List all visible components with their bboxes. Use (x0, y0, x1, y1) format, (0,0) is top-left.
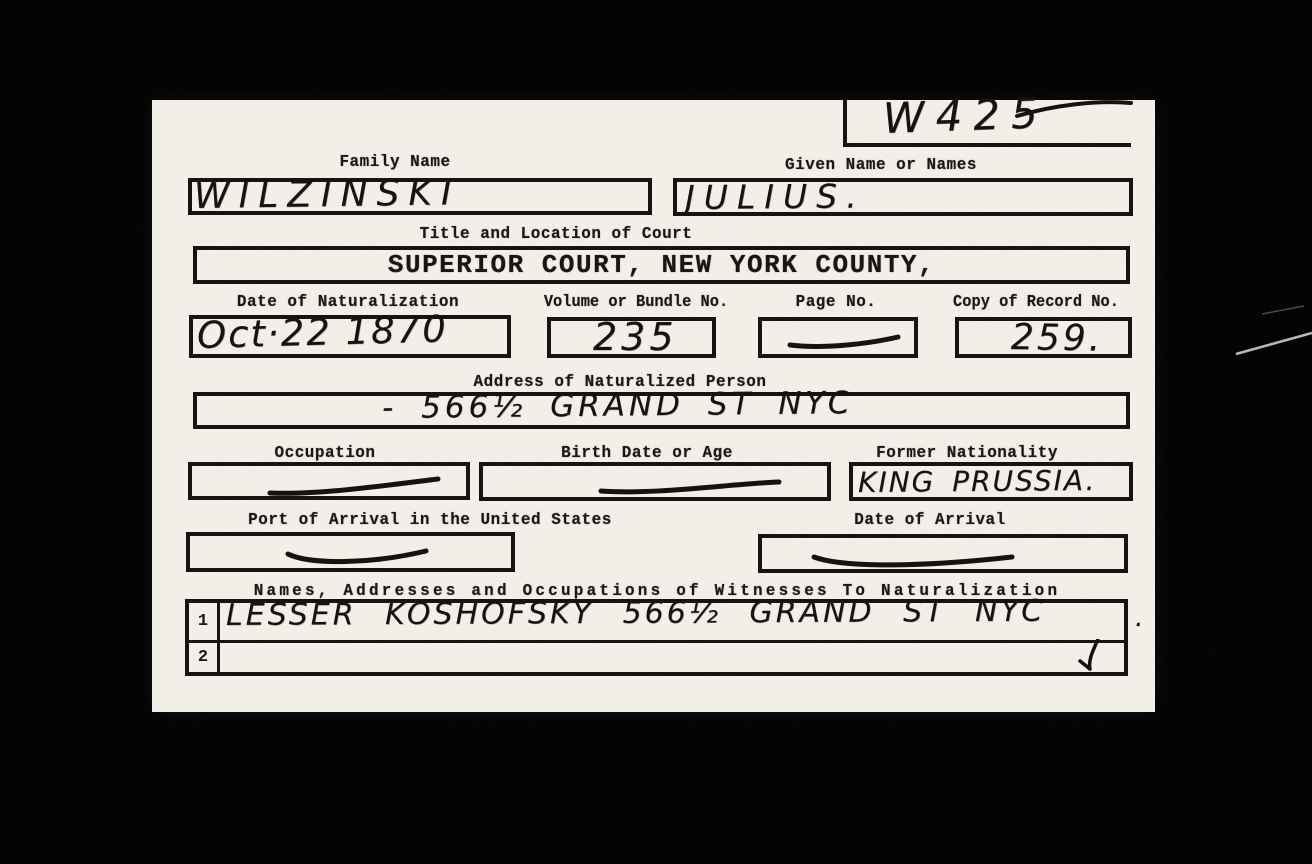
stray-period-mark: . (1135, 603, 1143, 633)
copy-of-record-label: Copy of Record No. (953, 293, 1119, 312)
index-card: W425 Family Name Given Name or Names WIL… (152, 100, 1155, 712)
address-value: - 566½ GRAND ST NYC (382, 385, 854, 426)
family-name-value: WILZINSKI (194, 172, 461, 217)
blank-entry-mark (190, 536, 519, 576)
birth-date-label: Birth Date or Age (561, 444, 733, 463)
blank-entry-mark (192, 466, 474, 504)
pen-descender-mark (1072, 639, 1112, 673)
volume-label: Volume or Bundle No. (544, 293, 728, 312)
former-nationality-value: KING PRUSSIA. (858, 464, 1097, 499)
film-scratch (1262, 306, 1304, 314)
family-name-label: Family Name (339, 153, 450, 172)
court-value: SUPERIOR COURT, NEW YORK COUNTY, (197, 250, 1126, 280)
volume-box: 235 (547, 317, 716, 358)
former-nationality-box: KING PRUSSIA. (849, 462, 1133, 501)
blank-entry-mark (762, 321, 922, 362)
witness-row-number: 1 (189, 603, 220, 640)
witness-row: 1 LESSER KOSHOFSKY 566½ GRAND ST NYC (189, 603, 1124, 643)
witness-row-value-cell (220, 643, 1124, 672)
given-name-box: JULIUS. (673, 178, 1133, 216)
witness-row-number: 2 (189, 643, 220, 672)
pen-flourish-mark (1015, 98, 1135, 122)
family-name-box: WILZINSKI (188, 178, 652, 215)
witness-row: 2 (189, 643, 1124, 672)
microfilm-scan-background: W425 Family Name Given Name or Names WIL… (0, 0, 1312, 864)
blank-entry-mark (483, 466, 835, 505)
copy-of-record-box: 259. (955, 317, 1132, 358)
address-box: - 566½ GRAND ST NYC (193, 392, 1130, 429)
film-scratch (1236, 333, 1312, 354)
witnesses-table: 1 LESSER KOSHOFSKY 566½ GRAND ST NYC 2 (185, 599, 1128, 676)
blank-entry-mark (762, 538, 1132, 577)
date-of-arrival-box (758, 534, 1128, 573)
birth-date-box (479, 462, 831, 501)
naturalization-date-value: Oct·22 1870 (196, 307, 448, 357)
occupation-box (188, 462, 470, 500)
occupation-label: Occupation (274, 444, 375, 463)
former-nationality-label: Former Nationality (876, 444, 1058, 463)
given-name-value: JULIUS. (685, 176, 866, 217)
witness-row-value-cell: LESSER KOSHOFSKY 566½ GRAND ST NYC (220, 603, 1124, 640)
court-box: SUPERIOR COURT, NEW YORK COUNTY, (193, 246, 1130, 284)
witness-name-value: LESSER KOSHOFSKY 566½ GRAND ST NYC (226, 594, 1045, 633)
port-of-arrival-label: Port of Arrival in the United States (248, 511, 612, 530)
page-label: Page No. (796, 293, 877, 312)
court-label: Title and Location of Court (420, 225, 693, 244)
given-name-label: Given Name or Names (785, 156, 977, 175)
naturalization-date-box: Oct·22 1870 (189, 315, 511, 358)
page-box (758, 317, 918, 358)
port-of-arrival-box (186, 532, 515, 572)
date-of-arrival-label: Date of Arrival (854, 511, 1006, 530)
reference-number-box: W425 (843, 100, 1131, 147)
copy-of-record-value: 259. (1011, 317, 1104, 360)
volume-value: 235 (593, 315, 678, 359)
